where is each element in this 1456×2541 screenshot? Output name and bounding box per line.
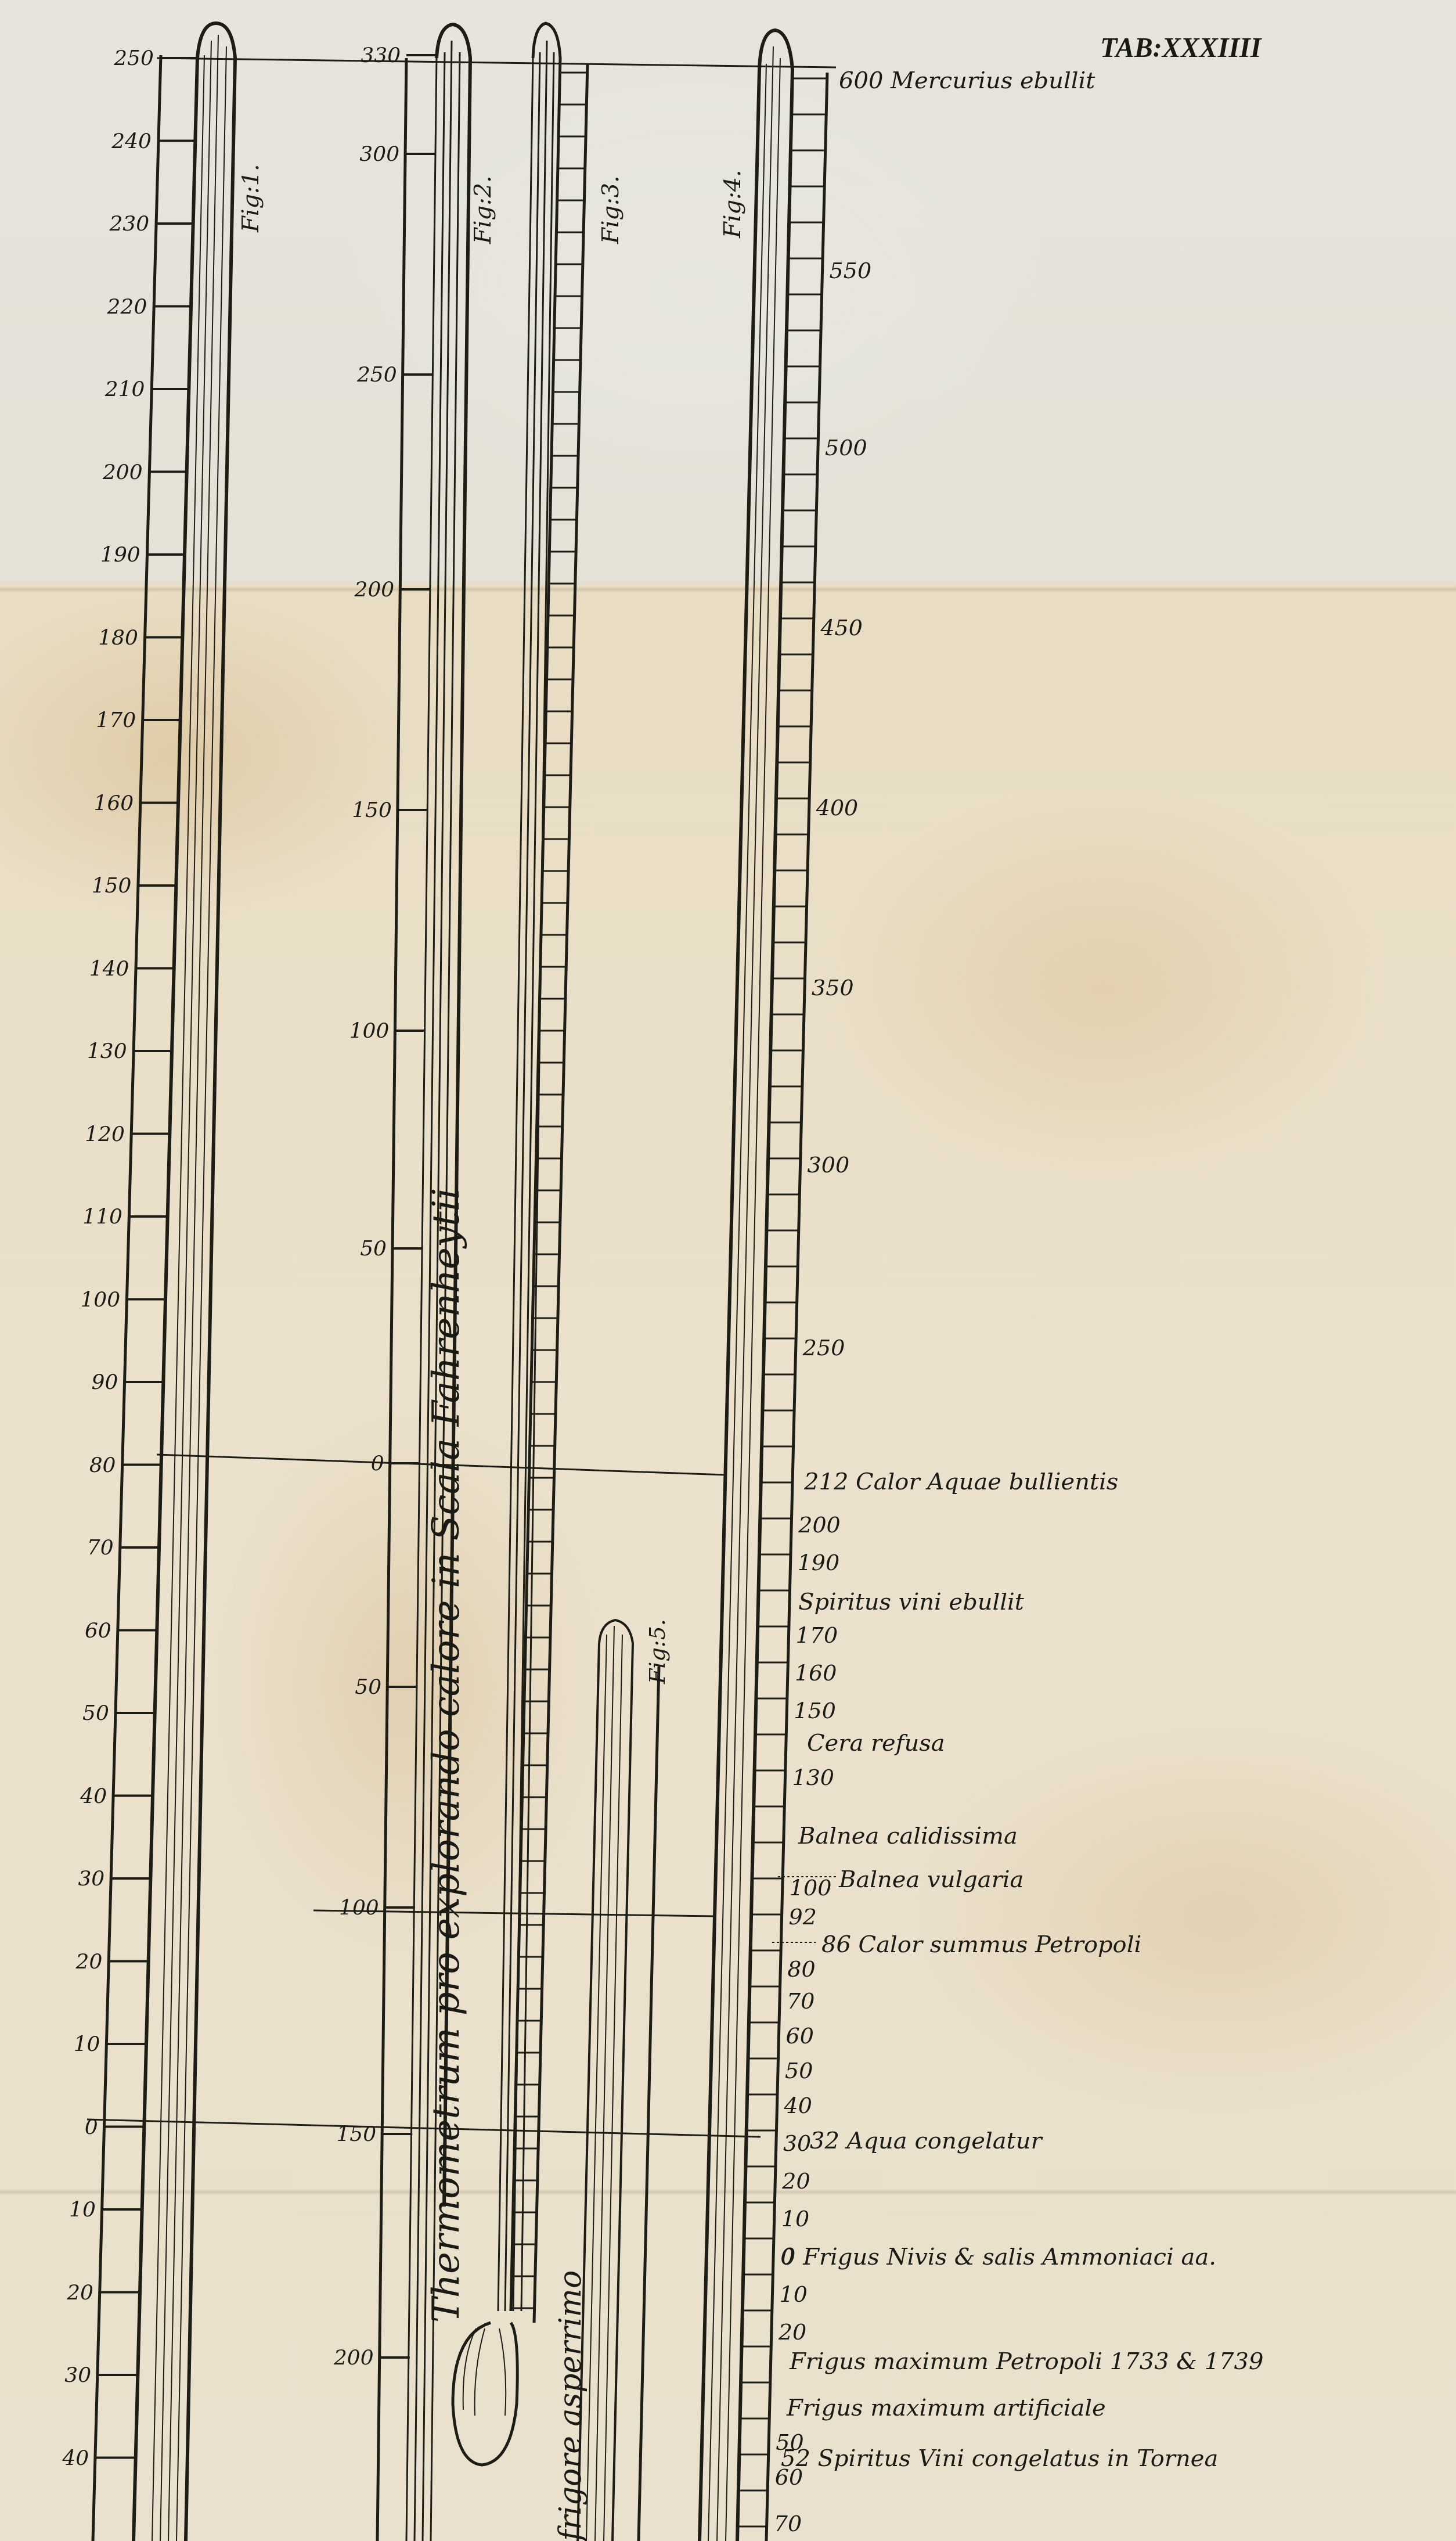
annotation-label: 32 Aqua congelatur (810, 2128, 1043, 2154)
fig1-tick-label: 170 (96, 708, 136, 732)
fig4-tick-label: 70 (787, 1988, 815, 2014)
fig4-tick-label: 250 (802, 1335, 845, 1361)
fig4-tick-label: 30 (783, 2130, 811, 2156)
fig1-tick-label: 250 (113, 46, 154, 70)
fig1-tick-label: 200 (102, 460, 143, 484)
fig4-tick-label: 170 (796, 1622, 838, 1648)
fig1-tick-label: 30 (64, 2363, 91, 2387)
fig1-label: Fig:1. (237, 164, 264, 233)
fig4-tick-label: 150 (794, 1698, 836, 1723)
fig4-tick-label: 450 (820, 615, 863, 640)
fig2-tick-label: 50 (355, 1675, 381, 1699)
fig1-tick-label: 70 (87, 1536, 114, 1560)
fig4-tick-label: 10 (781, 2206, 809, 2232)
annotation-label: Balnea vulgaria (838, 1866, 1023, 1893)
fig4-tick-label: 550 (830, 258, 872, 283)
fig1-tick-label: 60 (85, 1619, 111, 1643)
fig4-tick-label: 20 (781, 2168, 810, 2194)
fig1-tick-label: 220 (107, 295, 147, 319)
fig1-tick-label: 140 (89, 957, 129, 981)
fig4-tick-label: 70 (774, 2511, 802, 2536)
fig1-tick-label: 230 (109, 212, 149, 236)
fig1-tick-label: 10 (74, 2032, 100, 2056)
plate-title: TAB:XXXIIII (1100, 33, 1263, 63)
fig3-label: Fig:3. (597, 175, 624, 244)
fig5-thermometer (578, 1620, 659, 2541)
fig4-tick-label: 160 (795, 1660, 837, 1686)
annotation-label: Spiritus vini ebullit (798, 1589, 1025, 1615)
fig4-tick-label: 200 (798, 1512, 841, 1538)
fig4-tick-label: 40 (784, 2093, 812, 2118)
fig4-tick-label: 300 (808, 1152, 850, 1178)
annotation-label: 86 Calor summus Petropoli (821, 1931, 1141, 1958)
fig1-tick-label: 40 (62, 2446, 89, 2470)
fig1-tick-label: 80 (89, 1453, 116, 1477)
fig4-annotations: 600 Mercurius ebullit212 Calor Aquae bul… (772, 67, 1263, 2472)
fig4-thermometer (700, 30, 827, 2541)
fig1-tick-label: 150 (92, 874, 132, 898)
fig1-tick-label: 130 (87, 1039, 127, 1063)
annotation-label: 52 Spiritus Vini congelatus in Tornea (781, 2445, 1218, 2472)
fig4-tick-label: 350 (812, 975, 854, 1000)
fig4-scale-labels: 5505004504003503002502001901701601501301… (774, 258, 871, 2536)
fig2-tick-label: 150 (352, 798, 392, 822)
fig1-tick-label: 50 (82, 1701, 109, 1725)
annotation-label: 0 Frigus Nivis & salis Ammoniaci aa. (781, 2244, 1216, 2270)
fig5-label: Fig:5. (644, 1619, 670, 1685)
fig1-tick-label: 110 (82, 1205, 122, 1229)
fig4-tick-label: 100 (790, 1875, 832, 1901)
fig4-tick-label: 20 (778, 2319, 806, 2345)
fig4-tick-label: 10 (780, 2281, 808, 2307)
fig3-bottom-caption: frigore asperrimo (553, 2270, 588, 2541)
fig1-tick-label: 240 (111, 129, 152, 153)
fig2-label: Fig:2. (470, 175, 496, 244)
fig1-tick-label: 90 (91, 1370, 118, 1394)
fig1-tick-label: 40 (80, 1784, 107, 1808)
fig1-tick-label: 0 (85, 2115, 98, 2139)
fig2-tick-label: 150 (336, 2122, 376, 2146)
engraved-plate: 2502402302202102001901801701601501401301… (0, 0, 1456, 2541)
fig4-tick-label: 92 (789, 1904, 817, 1930)
fig4-tick-label: 60 (786, 2023, 814, 2049)
annotation-label: Balnea calidissima (798, 1823, 1018, 1849)
fig2-tick-label: 250 (356, 363, 397, 387)
fig4-label: Fig:4. (719, 170, 746, 239)
fig4-tick-label: 190 (798, 1550, 840, 1575)
annotation-label: Frigus maximum artificiale (786, 2395, 1106, 2421)
fig4-tick-label: 400 (816, 795, 859, 820)
fig2-tick-label: 200 (354, 578, 395, 602)
fig1-tick-label: 210 (104, 377, 145, 401)
fig1-tick-label: 10 (69, 2198, 96, 2222)
fig4-tick-label: 130 (792, 1765, 835, 1790)
fig2-tick-label: 0 (371, 1452, 384, 1475)
annotation-label: Frigus maximum Petropoli 1733 & 1739 (789, 2348, 1263, 2375)
fig1-tick-label: 100 (80, 1288, 120, 1312)
thermometer-diagram: 2502402302202102001901801701601501401301… (0, 0, 1456, 2541)
fig2-tick-label: 200 (333, 2346, 374, 2370)
fig2-tick-label: 100 (339, 1896, 379, 1920)
fig1-tick-label: 20 (75, 1950, 103, 1974)
fig2-tick-label: 50 (360, 1237, 387, 1261)
fig1-tick-label: 30 (78, 1867, 104, 1891)
fig1-tick-label: 180 (98, 626, 138, 650)
fig4-tick-label: 80 (787, 1956, 815, 1982)
annotation-label: 212 Calor Aquae bullientis (803, 1469, 1118, 1495)
fig1-tick-label: 190 (100, 543, 140, 567)
fig3-thermometer (453, 23, 588, 2465)
annotation-label: Cera refusa (807, 1730, 945, 1757)
fig2-tick-label: 100 (349, 1019, 390, 1043)
fig2-scale-labels: 33030025020015010050050100150200 (333, 44, 401, 2370)
fig1-scale-ticks (96, 58, 197, 2458)
fig1-tick-label: 160 (94, 791, 134, 815)
fig2-tick-label: 300 (359, 142, 399, 166)
fig2-tick-label: 330 (361, 44, 401, 67)
fig4-tick-label: 500 (825, 435, 867, 460)
fig1-scale-labels: 2502402302202102001901801701601501401301… (62, 46, 153, 2470)
fig1-tick-label: 20 (66, 2281, 93, 2305)
annotation-label: 600 Mercurius ebullit (839, 67, 1095, 94)
fig4-tick-label: 50 (785, 2058, 813, 2083)
fig2-caption: Thermometrum pro explorando calore in Sc… (425, 1187, 468, 2323)
fig1-tick-label: 120 (85, 1122, 125, 1146)
